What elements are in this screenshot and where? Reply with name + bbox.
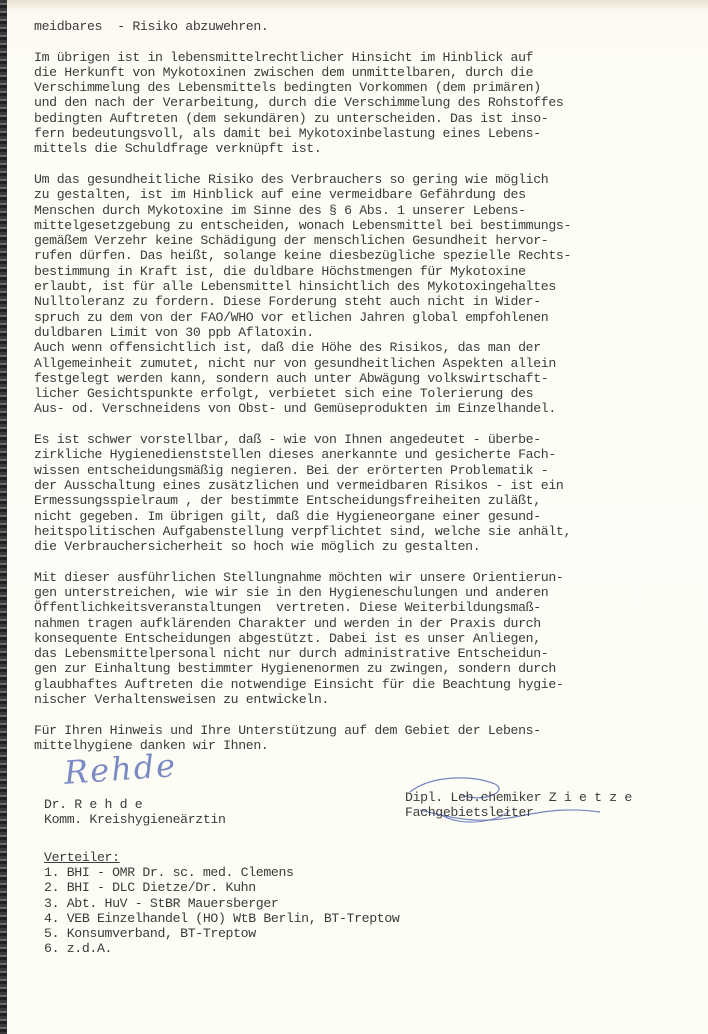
text-line: bestimmung in Kraft ist, die duldbare Hö… <box>34 264 694 279</box>
text-line: rufen dürfen. Das heißt, solange keine d… <box>34 248 694 263</box>
text-line: bedingten Auftreten (dem sekundären) zu … <box>34 111 694 126</box>
paper-top-edge <box>0 0 708 10</box>
text-line: die Verbrauchersicherheit so hoch wie mö… <box>34 539 694 554</box>
text-line: Menschen durch Mykotoxine im Sinne des §… <box>34 203 694 218</box>
text-line: Ermessungsspielraum , der bestimmte Ents… <box>34 493 694 508</box>
letter-body: meidbares - Risiko abzuwehren.Im übrigen… <box>34 19 694 753</box>
text-line: Öffentlichkeitsveranstaltungen vertreten… <box>34 600 694 615</box>
paragraph-gap <box>34 554 694 569</box>
handwritten-signature-rehde: Rehde <box>63 746 178 792</box>
text-line: und den nach der Verarbeitung, durch die… <box>34 95 694 110</box>
text-line: Im übrigen ist in lebensmittelrechtliche… <box>34 50 694 65</box>
distribution-item: 3. Abt. HuV - StBR Mauersberger <box>44 896 400 911</box>
paragraph: Mit dieser ausführlichen Stellungnahme m… <box>34 570 694 708</box>
paragraph-gap <box>34 707 694 722</box>
text-line: heitspolitischen Aufgabenstellung verpfl… <box>34 524 694 539</box>
paragraph-gap <box>34 157 694 172</box>
paragraph: meidbares - Risiko abzuwehren. <box>34 19 694 34</box>
signatory-title: Fachgebietsleiter <box>405 805 632 820</box>
signatory-name: Dipl. Leb.chemiker Z i e t z e <box>405 790 632 805</box>
signatory-title: Komm. Kreishygieneärztin <box>44 812 226 827</box>
text-line: mittelgesetzgebung zu entscheiden, wonac… <box>34 218 694 233</box>
text-line: mittels die Schuldfrage verknüpft ist. <box>34 141 694 156</box>
text-line: festgelegt werden kann, sondern auch unt… <box>34 371 694 386</box>
text-line: Nulltoleranz zu fordern. Diese Forderung… <box>34 294 694 309</box>
text-line: konsequente Entscheidungen abgestützt. D… <box>34 631 694 646</box>
scan-border <box>0 0 7 1034</box>
text-line: Mit dieser ausführlichen Stellungnahme m… <box>34 570 694 585</box>
text-line: Um das gesundheitliche Risiko des Verbra… <box>34 172 694 187</box>
text-line: Für Ihren Hinweis und Ihre Unterstützung… <box>34 723 694 738</box>
scanned-letter-page: meidbares - Risiko abzuwehren.Im übrigen… <box>0 0 708 1034</box>
text-line: Auch wenn offensichtlich ist, daß die Hö… <box>34 340 694 355</box>
signature-block-left: Dr. R e h d e Komm. Kreishygieneärztin <box>44 797 226 827</box>
distribution-item: 4. VEB Einzelhandel (HO) WtB Berlin, BT-… <box>44 911 400 926</box>
distribution-item: 1. BHI - OMR Dr. sc. med. Clemens <box>44 865 400 880</box>
text-line: Allgemeinheit zumutet, nicht nur von ges… <box>34 356 694 371</box>
paragraph-gap <box>34 417 694 432</box>
distribution-item: 6. z.d.A. <box>44 941 400 956</box>
distribution-item: 5. Konsumverband, BT-Treptow <box>44 926 400 941</box>
text-line: licher Gesichtspunkte erfolgt, verbietet… <box>34 386 694 401</box>
paragraph-gap <box>34 34 694 49</box>
distribution-items: 1. BHI - OMR Dr. sc. med. Clemens2. BHI … <box>44 865 400 956</box>
signature-block-right: Dipl. Leb.chemiker Z i e t z e Fachgebie… <box>405 790 632 820</box>
text-line: Aus- od. Verschneidens von Obst- und Gem… <box>34 401 694 416</box>
text-line: meidbares - Risiko abzuwehren. <box>34 19 694 34</box>
text-line: nahmen tragen aufklärenden Charakter und… <box>34 616 694 631</box>
text-line: der Ausschaltung eines zusätzlichen und … <box>34 478 694 493</box>
text-line: Es ist schwer vorstellbar, daß - wie von… <box>34 432 694 447</box>
distribution-item: 2. BHI - DLC Dietze/Dr. Kuhn <box>44 880 400 895</box>
text-line: gen unterstreichen, wie wir sie in den H… <box>34 585 694 600</box>
paragraph: Es ist schwer vorstellbar, daß - wie von… <box>34 432 694 554</box>
distribution-heading: Verteiler: <box>44 850 400 865</box>
text-line: das Lebensmittelpersonal nicht nur durch… <box>34 646 694 661</box>
text-line: glaubhaftes Auftreten die notwendige Ein… <box>34 677 694 692</box>
text-line: spruch zu dem von der FAO/WHO vor etlich… <box>34 310 694 325</box>
text-line: zu gestalten, ist im Hinblick auf eine v… <box>34 187 694 202</box>
signatory-name: Dr. R e h d e <box>44 797 226 812</box>
text-line: die Herkunft von Mykotoxinen zwischen de… <box>34 65 694 80</box>
text-line: wissen entscheidungsmäßig negieren. Bei … <box>34 463 694 478</box>
text-line: gen zur Einhaltung bestimmter Hygienenor… <box>34 661 694 676</box>
paragraph: Im übrigen ist in lebensmittelrechtliche… <box>34 50 694 157</box>
distribution-list: Verteiler: 1. BHI - OMR Dr. sc. med. Cle… <box>44 850 400 956</box>
text-line: nicht gegeben. Im übrigen gilt, daß die … <box>34 509 694 524</box>
text-line: erlaubt, ist für alle Lebensmittel hinsi… <box>34 279 694 294</box>
text-line: fern bedeutungsvoll, als damit bei Mykot… <box>34 126 694 141</box>
text-line: duldbaren Limit von 30 ppb Aflatoxin. <box>34 325 694 340</box>
text-line: nischer Verhaltensweisen zu entwickeln. <box>34 692 694 707</box>
text-line: zirkliche Hygienedienststellen dieses an… <box>34 447 694 462</box>
text-line: Verschimmelung des Lebensmittels bedingt… <box>34 80 694 95</box>
paragraph: Um das gesundheitliche Risiko des Verbra… <box>34 172 694 417</box>
text-line: gemäßem Verzehr keine Schädigung der men… <box>34 233 694 248</box>
